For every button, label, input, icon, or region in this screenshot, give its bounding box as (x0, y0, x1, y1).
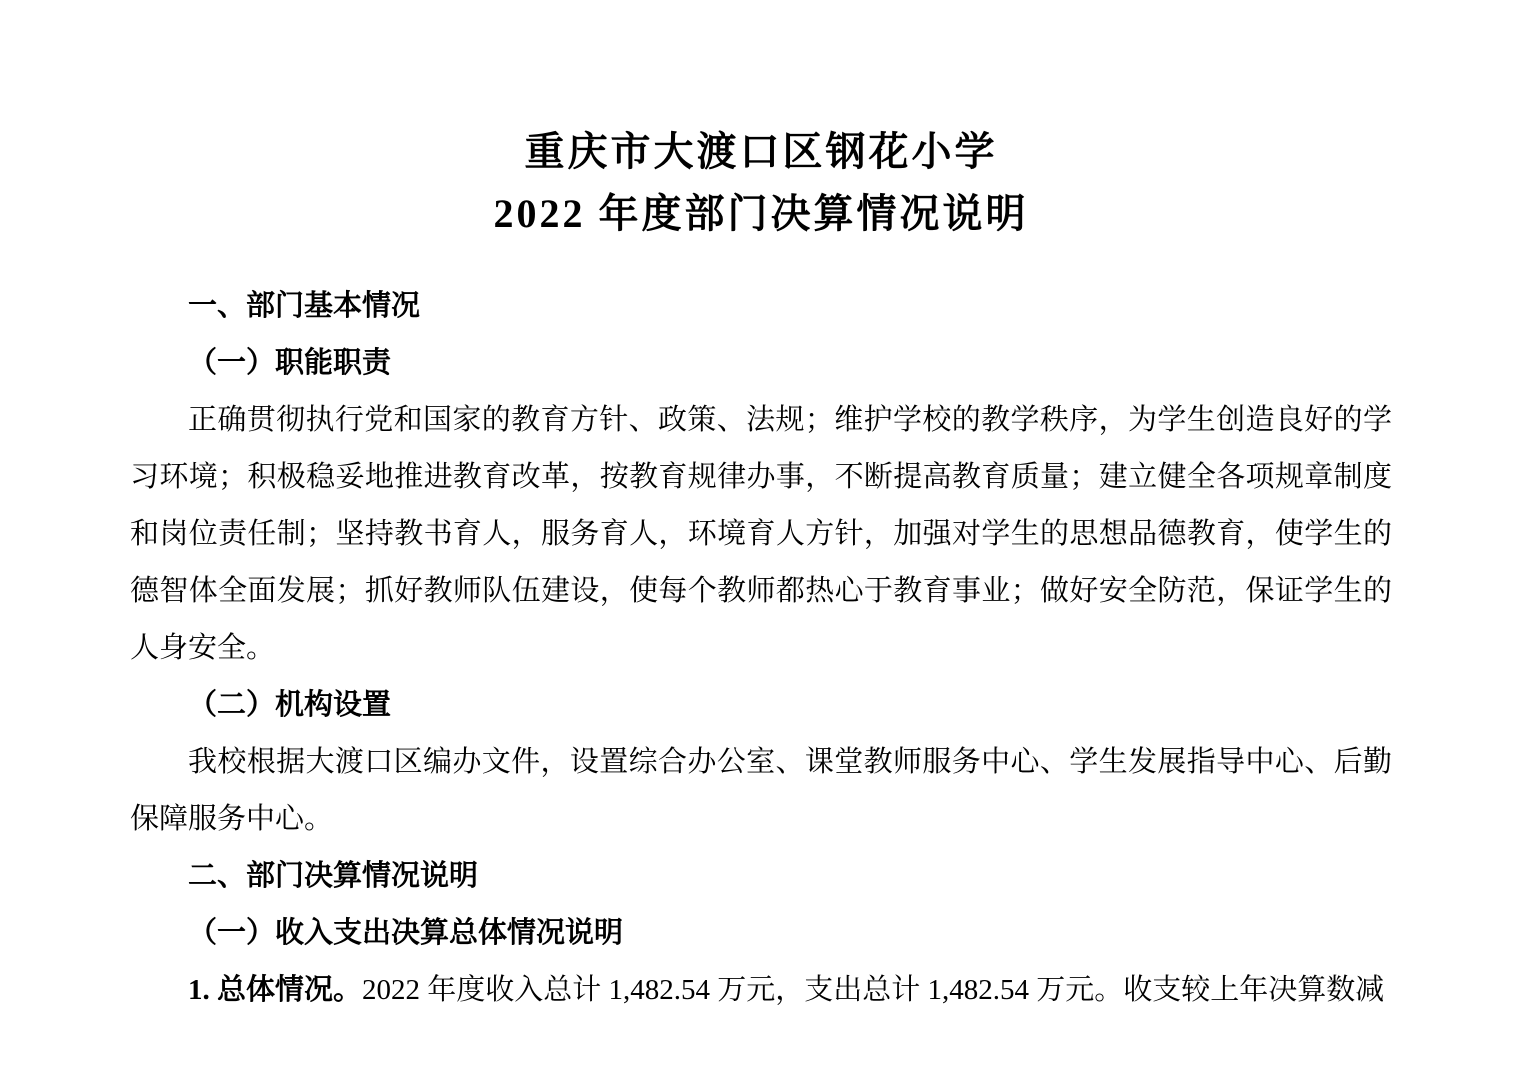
subsection-heading-overview: （一）收入支出决算总体情况说明 (130, 905, 1392, 962)
paragraph-overview: 1. 总体情况。2022 年度收入总计 1,482.54 万元，支出总计 1,4… (130, 962, 1392, 1019)
document-body: 一、部门基本情况 （一）职能职责 正确贯彻执行党和国家的教育方针、政策、法规；维… (130, 278, 1392, 1019)
subsection-heading-duties: （一）职能职责 (130, 335, 1392, 392)
document-content: 重庆市大渡口区钢花小学 2022 年度部门决算情况说明 一、部门基本情况 （一）… (0, 0, 1520, 1019)
paragraph-overview-text: 2022 年度收入总计 1,482.54 万元，支出总计 1,482.54 万元… (362, 974, 1384, 1006)
subsection-heading-organization: （二）机构设置 (130, 677, 1392, 734)
document-title-line-1: 重庆市大渡口区钢花小学 (130, 121, 1392, 183)
paragraph-duties: 正确贯彻执行党和国家的教育方针、政策、法规；维护学校的教学秩序，为学生创造良好的… (130, 392, 1392, 677)
section-heading-final-accounts: 二、部门决算情况说明 (130, 848, 1392, 905)
paragraph-overview-lead: 1. 总体情况。 (188, 974, 362, 1006)
document-title-block: 重庆市大渡口区钢花小学 2022 年度部门决算情况说明 (130, 121, 1392, 245)
document-title-line-2: 2022 年度部门决算情况说明 (130, 183, 1392, 245)
section-heading-basic-info: 一、部门基本情况 (130, 278, 1392, 335)
paragraph-organization: 我校根据大渡口区编办文件，设置综合办公室、课堂教师服务中心、学生发展指导中心、后… (130, 734, 1392, 848)
document-page: 重庆市大渡口区钢花小学 2022 年度部门决算情况说明 一、部门基本情况 （一）… (0, 0, 1520, 1074)
